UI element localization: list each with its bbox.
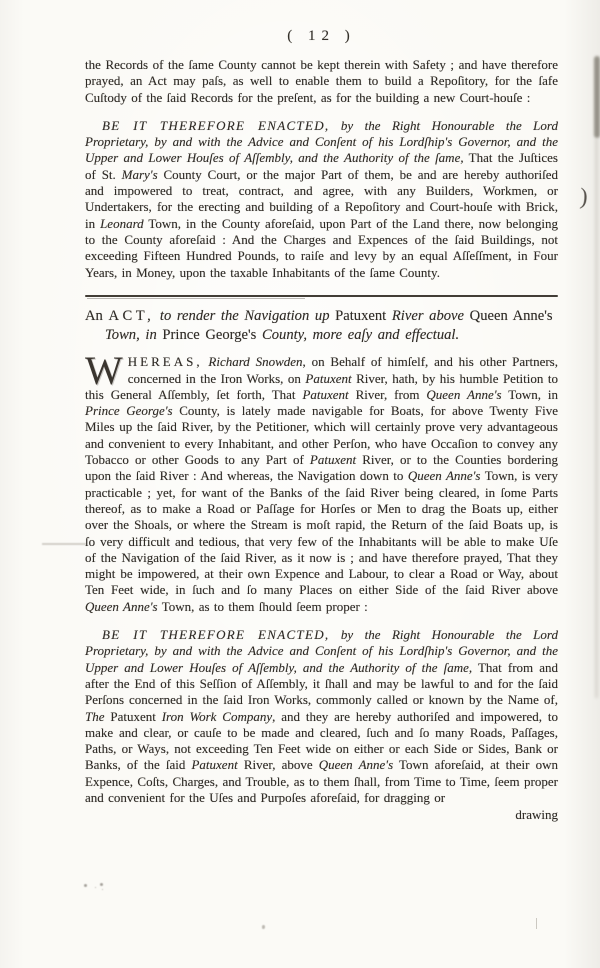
text-block: ( 12 ) the Records of the ſame County ca… (85, 28, 558, 823)
scan-speck-bottom-left (84, 884, 87, 887)
section-divider-rule (85, 295, 558, 297)
paragraph-whereas: WHEREAS, Richard Snowden, on Behalf of h… (85, 354, 558, 615)
paragraph-records-repository: the Records of the ſame County cannot be… (85, 57, 558, 106)
document-page: ) ( 12 ) the Records of the ſame County … (0, 0, 600, 968)
whereas-small-caps: HEREAS, (128, 354, 203, 369)
scan-edge-smudge (594, 56, 600, 138)
catchword: drawing (85, 807, 558, 823)
whereas-body-text: Richard Snowden, on Behalf of himſelf, a… (85, 354, 558, 613)
binding-show-through-mark: ) (579, 184, 588, 210)
paragraph-enacting-clause-navigation: BE IT THEREFORE ENACTED, by the Right Ho… (85, 627, 558, 806)
scan-speck-bottom-right (536, 918, 537, 929)
paragraph-enacting-clause-courthouse: BE IT THEREFORE ENACTED, by the Right Ho… (85, 118, 558, 281)
drop-cap-w: W (85, 354, 128, 386)
act-title: An ACT, to render the Navigation up Patu… (105, 307, 558, 345)
scan-speck-bottom-center (262, 925, 265, 929)
scan-left-tick (42, 543, 86, 545)
page-number: ( 12 ) (85, 28, 558, 45)
scan-edge-streak (595, 138, 598, 698)
